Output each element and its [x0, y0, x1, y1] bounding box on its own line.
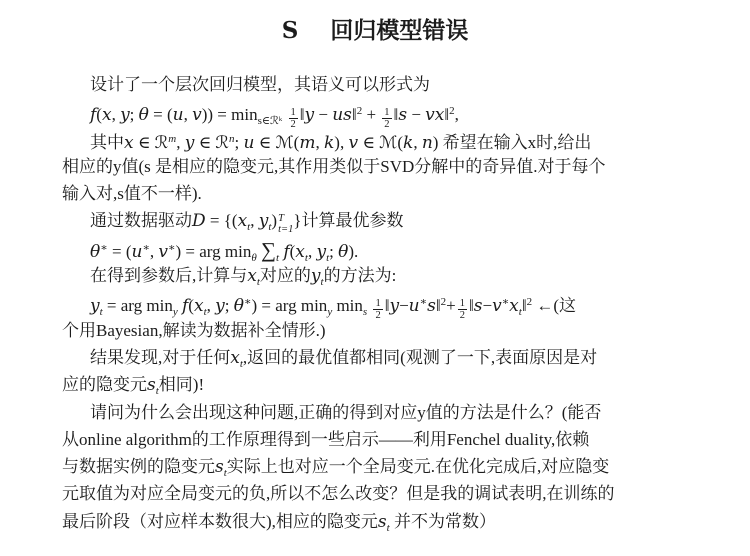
- text-segment: −: [482, 296, 492, 315]
- text-segment: ,: [112, 105, 121, 124]
- text-segment: ,: [455, 105, 459, 124]
- text-segment: ) = arg min: [251, 296, 327, 315]
- fraction-numerator: 1: [373, 298, 382, 309]
- math-segment: u: [131, 242, 142, 262]
- math-segment: θ: [90, 242, 100, 262]
- math-segment: v: [192, 105, 202, 125]
- text-segment: 设计了一个层次回归模型，其语义可以形式为: [90, 75, 430, 94]
- text-segment: = (: [149, 105, 173, 124]
- text-segment: = {(: [206, 211, 238, 230]
- math-segment: s: [398, 105, 407, 125]
- math-segment: u: [243, 133, 254, 153]
- math-segment: vx: [425, 105, 444, 125]
- fraction: 12: [458, 298, 467, 321]
- math-segment: y: [185, 133, 195, 153]
- text-segment: ∈ ℳ(: [254, 133, 299, 152]
- text-line: yt = arg miny f(xt, y; θ∗) = arg miny mi…: [62, 289, 700, 316]
- text-segment: ,: [176, 133, 185, 152]
- text-segment: ,返回的最优值都相同(观测了一下,表面原因是对: [243, 348, 597, 367]
- math-segment: θ: [234, 296, 244, 316]
- math-segment: ∗: [100, 242, 107, 254]
- text-segment: −: [407, 105, 425, 124]
- text-segment: 的方法为:: [324, 266, 397, 285]
- math-segment: y: [311, 266, 321, 286]
- text-segment: = (: [108, 242, 132, 261]
- text-segment: [367, 296, 371, 315]
- text-segment: ;: [329, 242, 338, 261]
- math-segment: x: [238, 211, 248, 231]
- text-segment: ;: [225, 296, 234, 315]
- text-segment: 应的隐变元: [62, 375, 147, 394]
- paragraph: 通过数据驱动D = {(xt, yt)Tt=1}计算最优参数θ∗ = (u∗, …: [62, 207, 700, 343]
- math-segment: ∗: [420, 296, 427, 308]
- text-segment: ) = arg min: [176, 242, 252, 261]
- text-line: 请问为什么会出现这种问题,正确的得到对应y值的方法是什么？(能否: [62, 399, 700, 426]
- math-segment: m: [299, 133, 315, 153]
- text-segment: ∈ ℛ: [134, 133, 169, 152]
- sup-sub-stack: Tt=1: [278, 213, 293, 236]
- text-line: 从online algorithm的工作原理得到一些启示——利用Fenchel …: [62, 426, 700, 453]
- section-title-text: 回归模型错误: [330, 18, 468, 43]
- fraction-numerator: 1: [382, 107, 391, 118]
- text-segment: ←(这: [532, 296, 576, 315]
- text-segment: 个用Bayesian,解读为数据补全情形.): [62, 321, 325, 340]
- text-segment: min: [332, 296, 363, 315]
- text-line: 元取值为对应全局变元的负,所以不怎么改变？但是我的调试表明,在训练的: [62, 480, 700, 507]
- math-segment: n: [422, 133, 433, 153]
- text-segment: +: [362, 105, 380, 124]
- math-segment: y: [215, 296, 225, 316]
- text-line: θ∗ = (u∗, v∗) = arg minθ ∑t f(xt, yt; θ)…: [62, 235, 700, 262]
- math-segment: θ: [139, 105, 149, 125]
- text-segment: ,: [184, 105, 193, 124]
- math-segment: y: [305, 105, 315, 125]
- text-segment: 请问为什么会出现这种问题,正确的得到对应y值的方法是什么？(能否: [90, 403, 601, 422]
- text-segment: 最后阶段（对应样本数很大),相应的隐变元: [62, 512, 378, 531]
- text-segment: 元取值为对应全局变元的负,所以不怎么改变？但是我的调试表明,在训练的: [62, 484, 615, 503]
- math-segment: s: [378, 512, 387, 532]
- math-segment: k: [403, 133, 413, 153]
- text-segment: ;: [130, 105, 139, 124]
- text-segment: }计算最优参数: [293, 211, 403, 230]
- math-segment: s: [427, 296, 436, 316]
- text-segment: [282, 105, 286, 124]
- math-segment: ∗: [168, 242, 175, 254]
- text-line: 输入对,s值不一样).: [62, 180, 700, 207]
- text-segment: ∈ ℳ(: [358, 133, 403, 152]
- text-segment: 对应的: [260, 266, 311, 285]
- math-segment: s: [147, 375, 156, 395]
- text-line: 其中x ∈ ℛm, y ∈ ℛn; u ∈ ℳ(m, k), v ∈ ℳ(k, …: [62, 126, 700, 153]
- paragraph: 设计了一个层次回归模型，其语义可以形式为f(x, y; θ = (u, v)) …: [62, 71, 700, 207]
- text-segment: 其中: [90, 133, 124, 152]
- text-segment: 通过数据驱动: [90, 211, 192, 230]
- section-number: S: [282, 17, 299, 44]
- text-segment: ) 希望在输入x时,给出: [433, 133, 592, 152]
- text-segment: 相应的y值(s 是相应的隐变元,其作用类似于SVD分解中的奇异值.对于每个: [62, 157, 606, 176]
- math-segment: v: [492, 296, 502, 316]
- math-segment: x: [230, 348, 240, 368]
- text-segment: 在得到参数后,计算与: [90, 266, 247, 285]
- math-segment: y: [389, 296, 399, 316]
- fraction-denominator: 2: [373, 309, 382, 321]
- text-segment: 结果发现,对于任何: [90, 348, 230, 367]
- text-segment: ,: [250, 211, 259, 230]
- text-line: 结果发现,对于任何xt,返回的最优值都相同(观测了一下,表面原因是对: [62, 344, 700, 371]
- text-line: 通过数据驱动D = {(xt, yt)Tt=1}计算最优参数: [62, 207, 700, 234]
- text-segment: = arg min: [103, 296, 173, 315]
- math-segment: v: [348, 133, 358, 153]
- stack-superscript: T: [278, 213, 293, 225]
- math-segment: y: [90, 296, 100, 316]
- text-segment: ∈ ℛ: [194, 133, 229, 152]
- text-line: 在得到参数后,计算与xt对应的yt的方法为:: [62, 262, 700, 289]
- paragraph: 请问为什么会出现这种问题,正确的得到对应y值的方法是什么？(能否从online …: [62, 399, 700, 535]
- math-segment: m: [168, 133, 176, 145]
- math-segment: D: [192, 211, 206, 231]
- text-segment: +: [446, 296, 456, 315]
- math-segment: x: [124, 133, 134, 153]
- math-segment: us: [332, 105, 352, 125]
- math-segment: s: [215, 457, 224, 477]
- math-segment: x: [102, 105, 112, 125]
- text-segment: ): [271, 211, 277, 230]
- math-segment: u: [173, 105, 184, 125]
- text-segment: −: [399, 296, 409, 315]
- math-segment: y: [120, 105, 130, 125]
- text-line: 最后阶段（对应样本数很大),相应的隐变元st 并不为常数）: [62, 508, 700, 535]
- text-segment: ,: [315, 133, 324, 152]
- text-line: 相应的y值(s 是相应的隐变元,其作用类似于SVD分解中的奇异值.对于每个: [62, 153, 700, 180]
- math-segment: x: [509, 296, 519, 316]
- text-segment: 与数据实例的隐变元: [62, 457, 215, 476]
- fraction-numerator: 1: [289, 107, 298, 118]
- text-segment: 输入对,s值不一样).: [62, 184, 202, 203]
- text-segment: ,: [413, 133, 422, 152]
- text-segment: 并不为常数）: [390, 512, 496, 531]
- document-page: S回归模型错误 设计了一个层次回归模型，其语义可以形式为f(x, y; θ = …: [0, 0, 750, 556]
- document-body: 设计了一个层次回归模型，其语义可以形式为f(x, y; θ = (u, v)) …: [62, 71, 700, 535]
- fraction-denominator: 2: [458, 309, 467, 321]
- math-segment: k: [324, 133, 334, 153]
- math-segment: x: [247, 266, 257, 286]
- text-line: 与数据实例的隐变元st实际上也对应一个全局变元.在优化完成后,对应隐变: [62, 453, 700, 480]
- math-segment: ∗: [142, 242, 149, 254]
- math-segment: y: [316, 242, 326, 262]
- math-segment: x: [194, 296, 204, 316]
- paragraph: 结果发现,对于任何xt,返回的最优值都相同(观测了一下,表面原因是对应的隐变元s…: [62, 344, 700, 399]
- math-segment: x: [295, 242, 305, 262]
- fraction: 12: [373, 298, 382, 321]
- math-segment: ∑: [261, 238, 276, 262]
- text-segment: ).: [348, 242, 358, 261]
- text-line: f(x, y; θ = (u, v)) = mins∈ℛᵏ 12‖y − us‖…: [62, 98, 700, 125]
- text-segment: ),: [334, 133, 348, 152]
- text-line: 应的隐变元st相同)!: [62, 371, 700, 398]
- text-segment: ,: [207, 296, 216, 315]
- math-segment: y: [259, 211, 269, 231]
- fraction-numerator: 1: [458, 298, 467, 309]
- math-segment: θ: [338, 242, 348, 262]
- text-line: 设计了一个层次回归模型，其语义可以形式为: [62, 71, 700, 98]
- text-segment: 实际上也对应一个全局变元.在优化完成后,对应隐变: [227, 457, 610, 476]
- math-segment: u: [409, 296, 420, 316]
- text-segment: −: [314, 105, 332, 124]
- text-segment: )) = min: [202, 105, 258, 124]
- text-segment: 相同)!: [159, 375, 204, 394]
- section-title: S回归模型错误: [0, 16, 750, 46]
- math-segment: v: [158, 242, 168, 262]
- text-segment: 从online algorithm的工作原理得到一些启示——利用Fenchel …: [62, 430, 589, 449]
